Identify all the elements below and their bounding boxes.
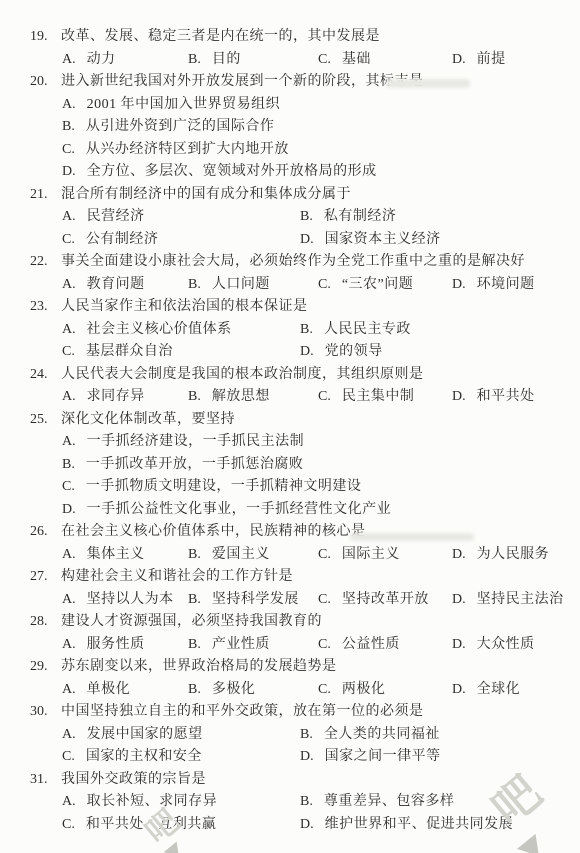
question-29: 29.苏东剧变以来，世界政治格局的发展趋势是A.单极化B.多极化C.两极化D.全… bbox=[0, 656, 572, 701]
question-26: 26.在社会主义核心价值体系中，民族精神的核心是A.集体主义B.爱国主义C.国际… bbox=[0, 521, 572, 566]
option-19-B: B.目的 bbox=[188, 49, 318, 72]
option-text: 全人类的共同福祉 bbox=[324, 727, 440, 742]
option-label: D. bbox=[452, 277, 466, 292]
question-line: 19.改革、发展、稳定三者是内在统一的，其中发展是 bbox=[0, 26, 572, 49]
option-19-D: D.前提 bbox=[452, 49, 572, 72]
question-number: 28. bbox=[30, 611, 52, 634]
option-29-A: A.单极化 bbox=[62, 679, 188, 702]
question-number: 31. bbox=[30, 769, 52, 792]
question-24: 24.人民代表大会制度是我国的根本政治制度，其组织原则是A.求同存异B.解放思想… bbox=[0, 364, 572, 409]
option-label: D. bbox=[452, 547, 466, 562]
question-number: 27. bbox=[30, 566, 52, 589]
option-20-A: A.2001 年中国加入世界贸易组织 bbox=[62, 94, 572, 117]
question-number: 25. bbox=[30, 409, 52, 432]
option-text: 民主集中制 bbox=[342, 389, 415, 404]
option-text: 人民民主专政 bbox=[324, 322, 411, 337]
option-23-C: C.基层群众自治 bbox=[62, 341, 300, 364]
question-28: 28.建设人才资源强国，必须坚持我国教育的A.服务性质B.产业性质C.公益性质D… bbox=[0, 611, 572, 656]
option-label: B. bbox=[62, 457, 75, 472]
question-options: A.教育问题B.人口问题C.“三农”问题D.环境问题 bbox=[0, 274, 572, 297]
question-options: A.动力B.目的C.基础D.前提 bbox=[0, 49, 572, 72]
question-line: 30.中国坚持独立自主的和平外交政策，放在第一位的必须是 bbox=[0, 701, 572, 724]
option-30-A: A.发展中国家的愿望 bbox=[62, 724, 300, 747]
option-text: 多极化 bbox=[212, 682, 256, 697]
question-text: 人民当家作主和依法治国的根本保证是 bbox=[61, 299, 308, 314]
option-label: B. bbox=[188, 592, 201, 607]
scanned-exam-page: 19.改革、发展、稳定三者是内在统一的，其中发展是A.动力B.目的C.基础D.前… bbox=[0, 0, 580, 853]
question-text: 建设人才资源强国，必须坚持我国教育的 bbox=[61, 614, 322, 629]
question-text: 深化文化体制改革，要坚持 bbox=[61, 412, 235, 427]
option-label: A. bbox=[62, 277, 76, 292]
option-label: C. bbox=[62, 479, 75, 494]
question-text: 混合所有制经济中的国有成分和集体成分属于 bbox=[61, 187, 351, 202]
option-21-A: A.民营经济 bbox=[62, 206, 300, 229]
option-29-B: B.多极化 bbox=[188, 679, 318, 702]
question-options: A.民营经济B.私有制经济C.公有制经济D.国家资本主义经济 bbox=[0, 206, 572, 251]
option-25-D: D.一手抓公益性文化事业，一手抓经营性文化产业 bbox=[62, 499, 572, 522]
option-28-B: B.产业性质 bbox=[188, 634, 318, 657]
option-27-D: D.坚持民主法治 bbox=[452, 589, 572, 612]
question-options: A.社会主义核心价值体系B.人民民主专政C.基层群众自治D.党的领导 bbox=[0, 319, 572, 364]
option-text: 服务性质 bbox=[87, 637, 145, 652]
question-line: 21.混合所有制经济中的国有成分和集体成分属于 bbox=[0, 184, 572, 207]
question-options: A.集体主义B.爱国主义C.国际主义D.为人民服务 bbox=[0, 544, 572, 567]
option-label: A. bbox=[62, 97, 76, 112]
option-text: 求同存异 bbox=[87, 389, 145, 404]
option-29-D: D.全球化 bbox=[452, 679, 572, 702]
option-label: C. bbox=[62, 232, 75, 247]
question-options: A.服务性质B.产业性质C.公益性质D.大众性质 bbox=[0, 634, 572, 657]
option-text: 教育问题 bbox=[87, 277, 145, 292]
option-text: 动力 bbox=[87, 52, 116, 67]
option-24-C: C.民主集中制 bbox=[318, 386, 452, 409]
option-22-A: A.教育问题 bbox=[62, 274, 188, 297]
option-label: D. bbox=[62, 164, 76, 179]
question-number: 23. bbox=[30, 296, 52, 319]
option-label: C. bbox=[62, 749, 75, 764]
option-label: C. bbox=[318, 389, 331, 404]
option-30-C: C.国家的主权和安全 bbox=[62, 746, 300, 769]
option-label: A. bbox=[62, 434, 76, 449]
option-28-A: A.服务性质 bbox=[62, 634, 188, 657]
question-21: 21.混合所有制经济中的国有成分和集体成分属于A.民营经济B.私有制经济C.公有… bbox=[0, 184, 572, 252]
option-label: A. bbox=[62, 209, 76, 224]
option-label: D. bbox=[452, 592, 466, 607]
option-text: 国际主义 bbox=[342, 547, 400, 562]
option-label: A. bbox=[62, 547, 76, 562]
option-text: 两极化 bbox=[342, 682, 386, 697]
option-label: D. bbox=[452, 637, 466, 652]
question-options: A.单极化B.多极化C.两极化D.全球化 bbox=[0, 679, 572, 702]
option-label: B. bbox=[188, 389, 201, 404]
option-text: 环境问题 bbox=[477, 277, 535, 292]
option-label: C. bbox=[318, 637, 331, 652]
option-label: A. bbox=[62, 52, 76, 67]
option-label: A. bbox=[62, 794, 76, 809]
option-text: 取长补短、求同存异 bbox=[87, 794, 218, 809]
question-number: 26. bbox=[30, 521, 52, 544]
option-text: 国家的主权和安全 bbox=[86, 749, 202, 764]
question-number: 21. bbox=[30, 184, 52, 207]
option-text: 一手抓经济建设，一手抓民主法制 bbox=[87, 434, 305, 449]
option-label: C. bbox=[318, 52, 331, 67]
question-options: A.坚持以人为本B.坚持科学发展C.坚持改革开放D.坚持民主法治 bbox=[0, 589, 572, 612]
option-label: A. bbox=[62, 682, 76, 697]
option-text: 人口问题 bbox=[212, 277, 270, 292]
question-line: 26.在社会主义核心价值体系中，民族精神的核心是 bbox=[0, 521, 572, 544]
option-text: 坚持民主法治 bbox=[477, 592, 564, 607]
question-number: 20. bbox=[30, 71, 52, 94]
option-text: 产业性质 bbox=[212, 637, 270, 652]
option-27-C: C.坚持改革开放 bbox=[318, 589, 452, 612]
option-label: C. bbox=[62, 344, 75, 359]
option-label: A. bbox=[62, 727, 76, 742]
option-label: B. bbox=[188, 637, 201, 652]
option-label: C. bbox=[62, 817, 75, 832]
option-label: B. bbox=[188, 52, 201, 67]
question-line: 25.深化文化体制改革，要坚持 bbox=[0, 409, 572, 432]
option-label: A. bbox=[62, 389, 76, 404]
option-text: 目的 bbox=[212, 52, 241, 67]
question-line: 23.人民当家作主和依法治国的根本保证是 bbox=[0, 296, 572, 319]
question-27: 27.构建社会主义和谐社会的工作方针是A.坚持以人为本B.坚持科学发展C.坚持改… bbox=[0, 566, 572, 611]
option-text: 坚持以人为本 bbox=[87, 592, 174, 607]
option-text: 2001 年中国加入世界贸易组织 bbox=[87, 97, 281, 112]
option-26-C: C.国际主义 bbox=[318, 544, 452, 567]
option-26-D: D.为人民服务 bbox=[452, 544, 572, 567]
option-25-C: C.一手抓物质文明建设，一手抓精神文明建设 bbox=[62, 476, 572, 499]
option-30-D: D.国家之间一律平等 bbox=[300, 746, 572, 769]
question-19: 19.改革、发展、稳定三者是内在统一的，其中发展是A.动力B.目的C.基础D.前… bbox=[0, 26, 572, 71]
option-label: B. bbox=[188, 682, 201, 697]
option-23-A: A.社会主义核心价值体系 bbox=[62, 319, 300, 342]
option-text: 从兴办经济特区到扩大内地开放 bbox=[86, 142, 289, 157]
question-30: 30.中国坚持独立自主的和平外交政策，放在第一位的必须是A.发展中国家的愿望B.… bbox=[0, 701, 572, 769]
question-23: 23.人民当家作主和依法治国的根本保证是A.社会主义核心价值体系B.人民民主专政… bbox=[0, 296, 572, 364]
question-number: 24. bbox=[30, 364, 52, 387]
option-text: 为人民服务 bbox=[477, 547, 550, 562]
question-line: 28.建设人才资源强国，必须坚持我国教育的 bbox=[0, 611, 572, 634]
option-24-A: A.求同存异 bbox=[62, 386, 188, 409]
question-text: 构建社会主义和谐社会的工作方针是 bbox=[61, 569, 293, 584]
option-22-B: B.人口问题 bbox=[188, 274, 318, 297]
option-label: B. bbox=[188, 547, 201, 562]
option-label: A. bbox=[62, 637, 76, 652]
option-label: B. bbox=[300, 794, 313, 809]
option-text: 尊重差异、包容多样 bbox=[324, 794, 455, 809]
option-label: A. bbox=[62, 592, 76, 607]
option-26-B: B.爱国主义 bbox=[188, 544, 318, 567]
option-label: B. bbox=[300, 322, 313, 337]
question-25: 25.深化文化体制改革，要坚持A.一手抓经济建设，一手抓民主法制B.一手抓改革开… bbox=[0, 409, 572, 522]
option-text: 从引进外资到广泛的国际合作 bbox=[86, 119, 275, 134]
option-text: 解放思想 bbox=[212, 389, 270, 404]
question-number: 30. bbox=[30, 701, 52, 724]
option-text: 公有制经济 bbox=[86, 232, 159, 247]
question-line: 27.构建社会主义和谐社会的工作方针是 bbox=[0, 566, 572, 589]
question-options: A.2001 年中国加入世界贸易组织B.从引进外资到广泛的国际合作C.从兴办经济… bbox=[0, 94, 572, 184]
option-22-C: C.“三农”问题 bbox=[318, 274, 452, 297]
option-text: 维护世界和平、促进共同发展 bbox=[325, 817, 514, 832]
question-number: 19. bbox=[30, 26, 52, 49]
option-20-C: C.从兴办经济特区到扩大内地开放 bbox=[62, 139, 572, 162]
question-20: 20.进入新世纪我国对外开放发展到一个新的阶段，其标志是A.2001 年中国加入… bbox=[0, 71, 572, 184]
option-text: 发展中国家的愿望 bbox=[87, 727, 203, 742]
option-label: D. bbox=[300, 749, 314, 764]
question-31: 31.我国外交政策的宗旨是A.取长补短、求同存异B.尊重差异、包容多样C.和平共… bbox=[0, 769, 572, 837]
option-23-D: D.党的领导 bbox=[300, 341, 572, 364]
option-text: 坚持科学发展 bbox=[212, 592, 299, 607]
option-label: C. bbox=[318, 682, 331, 697]
option-21-D: D.国家资本主义经济 bbox=[300, 229, 572, 252]
option-label: B. bbox=[188, 277, 201, 292]
option-text: 大众性质 bbox=[477, 637, 535, 652]
option-label: C. bbox=[318, 592, 331, 607]
question-line: 31.我国外交政策的宗旨是 bbox=[0, 769, 572, 792]
option-label: B. bbox=[300, 727, 313, 742]
option-text: 一手抓公益性文化事业，一手抓经营性文化产业 bbox=[87, 502, 392, 517]
option-text: 一手抓物质文明建设，一手抓精神文明建设 bbox=[86, 479, 362, 494]
option-label: D. bbox=[300, 344, 314, 359]
question-number: 22. bbox=[30, 251, 52, 274]
option-label: D. bbox=[300, 232, 314, 247]
question-line: 20.进入新世纪我国对外开放发展到一个新的阶段，其标志是 bbox=[0, 71, 572, 94]
option-27-A: A.坚持以人为本 bbox=[62, 589, 188, 612]
option-26-A: A.集体主义 bbox=[62, 544, 188, 567]
question-list: 19.改革、发展、稳定三者是内在统一的，其中发展是A.动力B.目的C.基础D.前… bbox=[0, 26, 572, 836]
option-text: 私有制经济 bbox=[324, 209, 397, 224]
question-text: 人民代表大会制度是我国的根本政治制度，其组织原则是 bbox=[61, 367, 424, 382]
option-24-B: B.解放思想 bbox=[188, 386, 318, 409]
option-text: 基层群众自治 bbox=[86, 344, 173, 359]
option-text: 公益性质 bbox=[342, 637, 400, 652]
option-label: D. bbox=[452, 682, 466, 697]
question-number: 29. bbox=[30, 656, 52, 679]
option-text: 单极化 bbox=[87, 682, 131, 697]
option-text: 全球化 bbox=[477, 682, 521, 697]
option-25-B: B.一手抓改革开放，一手抓惩治腐败 bbox=[62, 454, 572, 477]
option-23-B: B.人民民主专政 bbox=[300, 319, 572, 342]
option-label: B. bbox=[62, 119, 75, 134]
option-text: 社会主义核心价值体系 bbox=[87, 322, 232, 337]
option-24-D: D.和平共处 bbox=[452, 386, 572, 409]
option-28-C: C.公益性质 bbox=[318, 634, 452, 657]
question-text: 在社会主义核心价值体系中，民族精神的核心是 bbox=[61, 524, 366, 539]
option-label: B. bbox=[300, 209, 313, 224]
question-text: 我国外交政策的宗旨是 bbox=[61, 772, 206, 787]
question-line: 29.苏东剧变以来，世界政治格局的发展趋势是 bbox=[0, 656, 572, 679]
option-text: 集体主义 bbox=[87, 547, 145, 562]
option-text: 一手抓改革开放，一手抓惩治腐败 bbox=[86, 457, 304, 472]
option-text: 民营经济 bbox=[87, 209, 145, 224]
option-19-A: A.动力 bbox=[62, 49, 188, 72]
option-label: D. bbox=[452, 389, 466, 404]
option-21-B: B.私有制经济 bbox=[300, 206, 572, 229]
option-label: A. bbox=[62, 322, 76, 337]
option-20-B: B.从引进外资到广泛的国际合作 bbox=[62, 116, 572, 139]
option-label: C. bbox=[318, 277, 331, 292]
option-text: 坚持改革开放 bbox=[342, 592, 429, 607]
option-21-C: C.公有制经济 bbox=[62, 229, 300, 252]
option-31-A: A.取长补短、求同存异 bbox=[62, 791, 300, 814]
option-22-D: D.环境问题 bbox=[452, 274, 572, 297]
option-text: 和平共处 bbox=[477, 389, 535, 404]
scan-smudge bbox=[386, 79, 470, 88]
question-line: 24.人民代表大会制度是我国的根本政治制度，其组织原则是 bbox=[0, 364, 572, 387]
question-line: 22.事关全面建设小康社会大局，必须始终作为全党工作重中之重的是解决好 bbox=[0, 251, 572, 274]
question-options: A.发展中国家的愿望B.全人类的共同福祉C.国家的主权和安全D.国家之间一律平等 bbox=[0, 724, 572, 769]
question-text: 苏东剧变以来，世界政治格局的发展趋势是 bbox=[61, 659, 337, 674]
option-text: 党的领导 bbox=[325, 344, 383, 359]
option-label: D. bbox=[452, 52, 466, 67]
option-30-B: B.全人类的共同福祉 bbox=[300, 724, 572, 747]
option-label: C. bbox=[62, 142, 75, 157]
option-text: 国家资本主义经济 bbox=[325, 232, 441, 247]
option-text: 基础 bbox=[342, 52, 371, 67]
option-29-C: C.两极化 bbox=[318, 679, 452, 702]
option-25-A: A.一手抓经济建设，一手抓民主法制 bbox=[62, 431, 572, 454]
question-text: 事关全面建设小康社会大局，必须始终作为全党工作重中之重的是解决好 bbox=[61, 254, 525, 269]
option-label: C. bbox=[318, 547, 331, 562]
option-28-D: D.大众性质 bbox=[452, 634, 572, 657]
option-text: 爱国主义 bbox=[212, 547, 270, 562]
option-label: D. bbox=[62, 502, 76, 517]
question-options: A.一手抓经济建设，一手抓民主法制B.一手抓改革开放，一手抓惩治腐败C.一手抓物… bbox=[0, 431, 572, 521]
question-text: 改革、发展、稳定三者是内在统一的，其中发展是 bbox=[61, 29, 380, 44]
question-text: 进入新世纪我国对外开放发展到一个新的阶段，其标志是 bbox=[61, 74, 424, 89]
option-text: 国家之间一律平等 bbox=[325, 749, 441, 764]
option-text: 全方位、多层次、宽领域对外开放格局的形成 bbox=[87, 164, 377, 179]
option-text: 前提 bbox=[477, 52, 506, 67]
option-text: “三农”问题 bbox=[342, 277, 413, 292]
question-22: 22.事关全面建设小康社会大局，必须始终作为全党工作重中之重的是解决好A.教育问… bbox=[0, 251, 572, 296]
question-options: A.求同存异B.解放思想C.民主集中制D.和平共处 bbox=[0, 386, 572, 409]
option-27-B: B.坚持科学发展 bbox=[188, 589, 318, 612]
option-20-D: D.全方位、多层次、宽领域对外开放格局的形成 bbox=[62, 161, 572, 184]
question-text: 中国坚持独立自主的和平外交政策，放在第一位的必须是 bbox=[61, 704, 424, 719]
scan-smudge bbox=[350, 533, 474, 541]
option-label: D. bbox=[300, 817, 314, 832]
option-19-C: C.基础 bbox=[318, 49, 452, 72]
